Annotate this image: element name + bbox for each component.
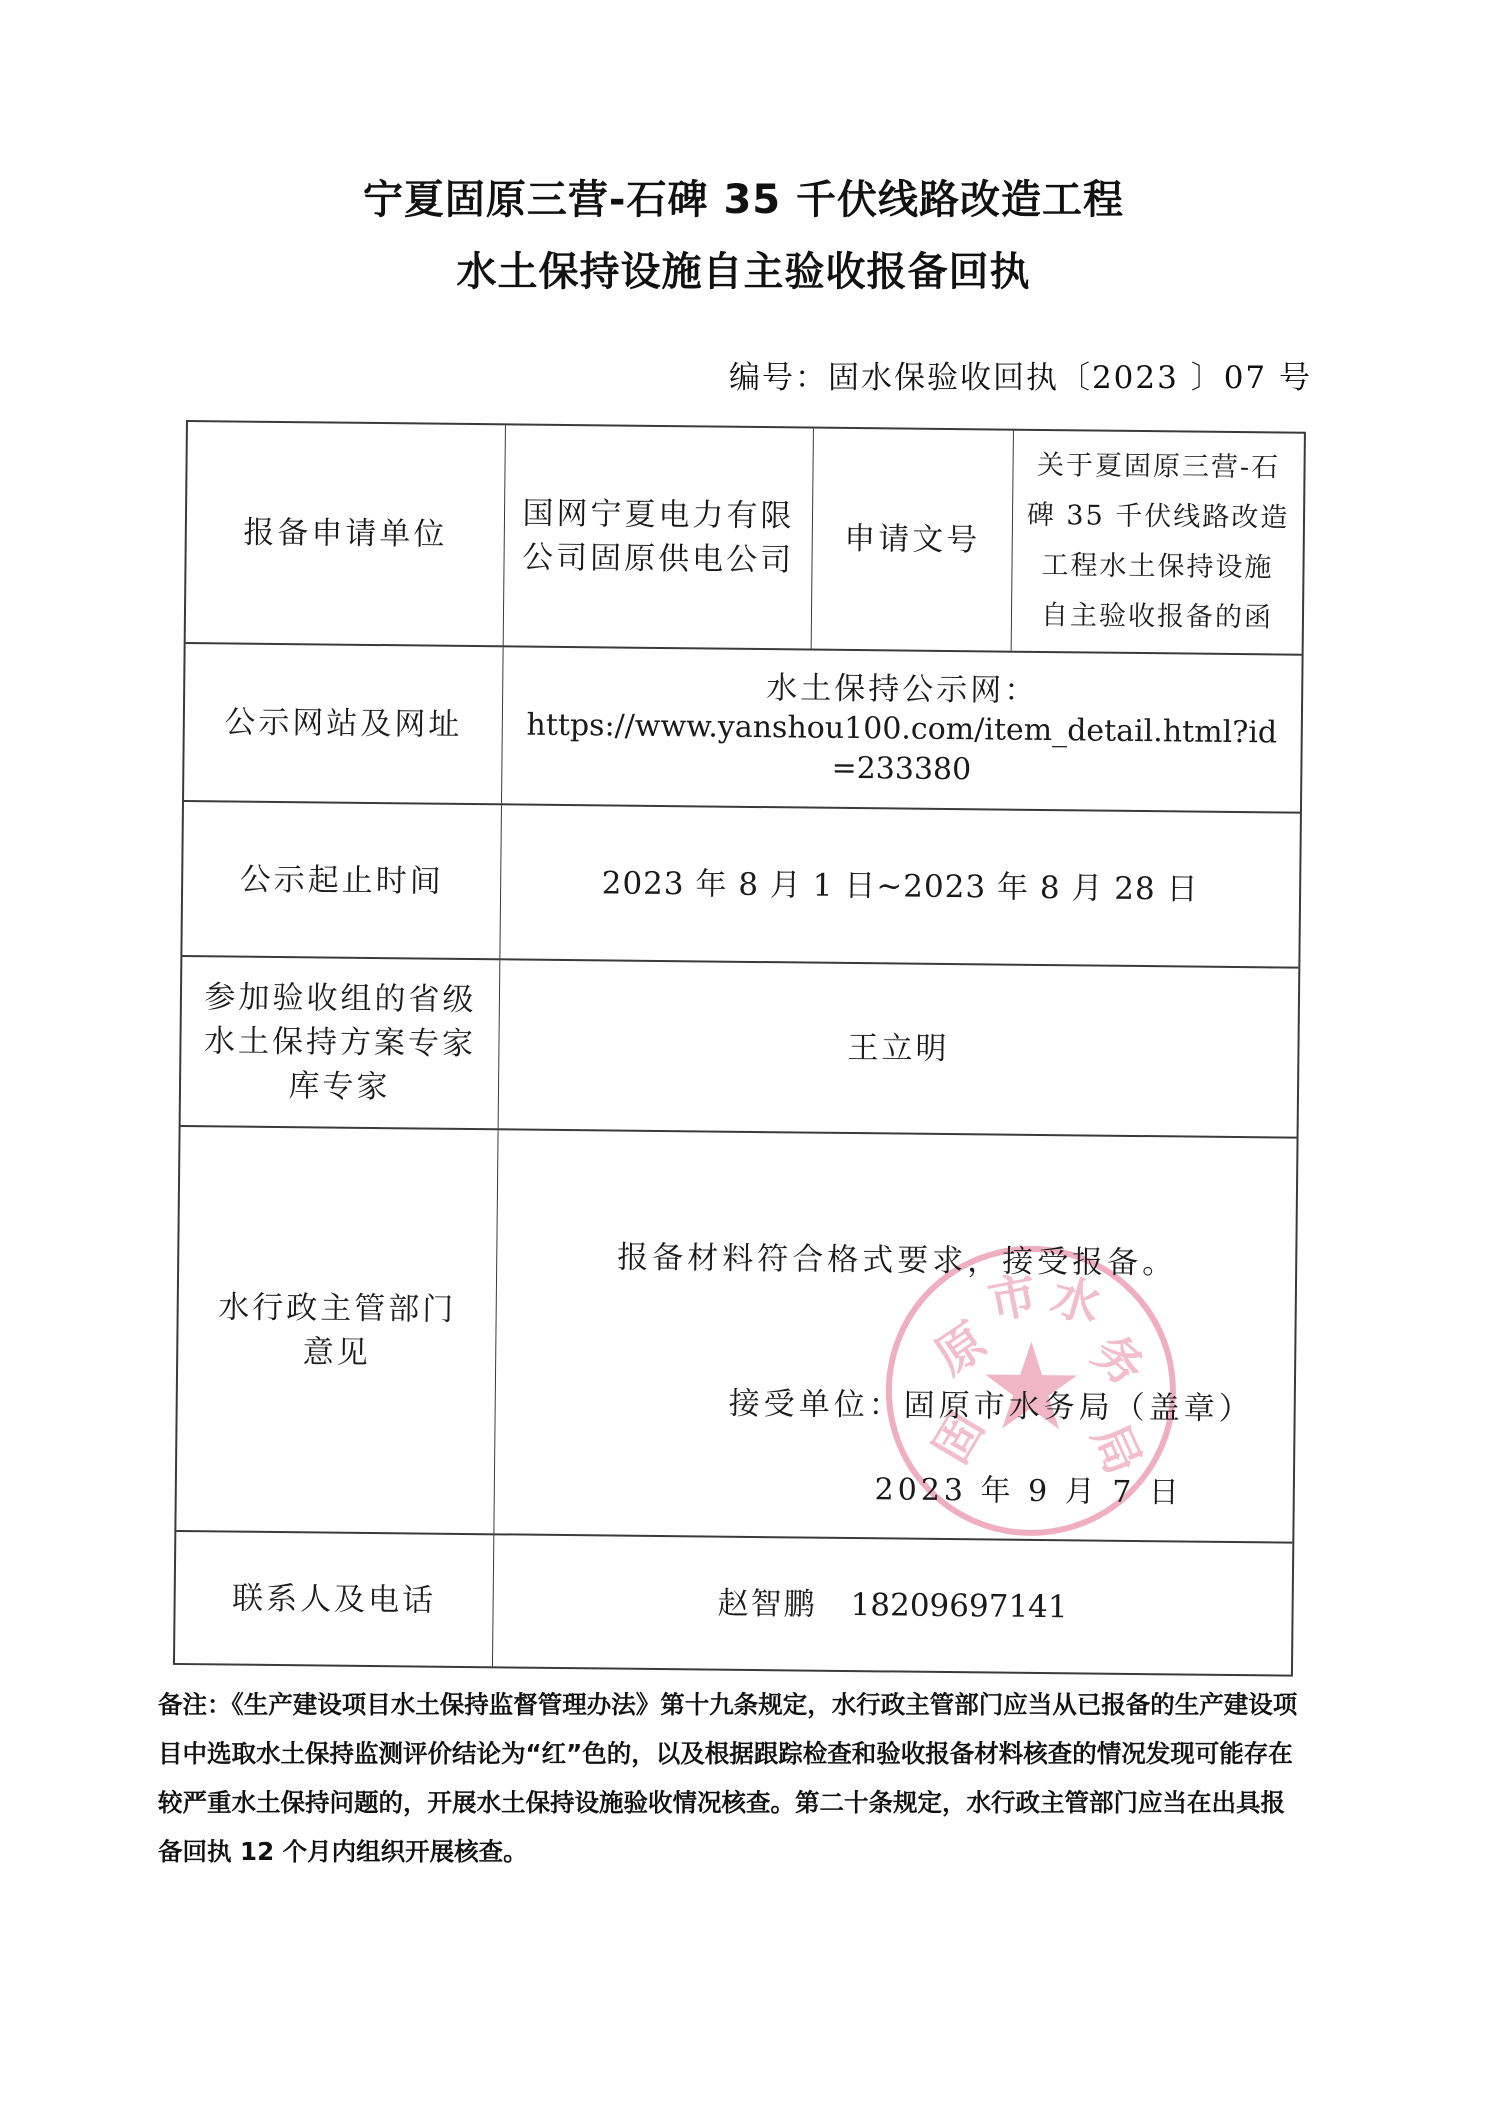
- opinion-date: 2023 年 9 月 7 日: [874, 1464, 1183, 1511]
- expert-label-line: 参加验收组的省级: [204, 975, 476, 1022]
- label-application-doc-no: 申请文号: [812, 429, 1014, 651]
- applicant-line: 国网宁夏电力有限: [522, 492, 794, 539]
- table-row-authority-opinion: 水行政主管部门 意见 固 原 市 水 务 局 ★ 报备材料符合格式要求，接受报备…: [176, 1127, 1296, 1544]
- label-contact: 联系人及电话: [175, 1532, 494, 1666]
- table-row-contact: 联系人及电话 赵智鹏 18209697141: [175, 1532, 1292, 1675]
- opinion-label-line: 意见: [303, 1330, 371, 1375]
- label-website: 公示网站及网址: [184, 644, 504, 803]
- table-row-website: 公示网站及网址 水土保持公示网： https://www.yanshou100.…: [184, 644, 1302, 814]
- value-publicity-period: 2023 年 8 月 1 日~2023 年 8 月 28 日: [500, 805, 1300, 966]
- expert-label-line: 水土保持方案专家: [204, 1019, 476, 1066]
- document-number: 编号：固水保验收回执〔2023 〕07 号: [729, 352, 1312, 397]
- table-row-applicant: 报备申请单位 国网宁夏电力有限 公司固原供电公司 申请文号 关于夏固原三营-石 …: [186, 422, 1304, 656]
- value-authority-opinion: 固 原 市 水 务 局 ★ 报备材料符合格式要求，接受报备。 接受单位：固原市水…: [494, 1130, 1296, 1541]
- table-row-publicity-period: 公示起止时间 2023 年 8 月 1 日~2023 年 8 月 28 日: [182, 802, 1300, 969]
- website-url-link[interactable]: https://www.yanshou100.com/item_detail.h…: [516, 705, 1287, 793]
- doc-line: 工程水土保持设施: [1041, 541, 1274, 593]
- doc-line: 碑 35 千伏线路改造: [1027, 491, 1290, 544]
- table-row-expert: 参加验收组的省级 水土保持方案专家 库专家 王立明: [181, 957, 1299, 1139]
- label-applicant-unit: 报备申请单位: [186, 422, 506, 645]
- opinion-text: 报备材料符合格式要求，接受报备。: [617, 1232, 1177, 1283]
- doc-line: 自主验收报备的函: [1041, 591, 1274, 643]
- label-authority-opinion: 水行政主管部门 意见: [176, 1127, 498, 1533]
- doc-line: 关于夏固原三营-石: [1037, 441, 1281, 494]
- contact-name: 赵智鹏: [717, 1581, 816, 1626]
- value-expert-name: 王立明: [499, 960, 1299, 1136]
- value-application-doc-no: 关于夏固原三营-石 碑 35 千伏线路改造 工程水土保持设施 自主验收报备的函: [1012, 431, 1304, 654]
- value-website: 水土保持公示网： https://www.yanshou100.com/item…: [502, 647, 1302, 811]
- seal-char: 原: [919, 1304, 998, 1388]
- accepting-unit: 接受单位：固原市水务局（盖章）: [729, 1378, 1254, 1428]
- value-applicant-unit: 国网宁夏电力有限 公司固原供电公司: [504, 425, 814, 648]
- filing-receipt-table: 报备申请单位 国网宁夏电力有限 公司固原供电公司 申请文号 关于夏固原三营-石 …: [173, 420, 1306, 1677]
- website-name: 水土保持公示网：: [766, 668, 1038, 711]
- document-title-line1: 宁夏固原三营-石碑 35 千伏线路改造工程: [0, 168, 1487, 225]
- contact-phone: 18209697141: [850, 1583, 1067, 1629]
- label-expert: 参加验收组的省级 水土保持方案专家 库专家: [181, 957, 501, 1128]
- footnote-remarks: 备注：《生产建设项目水土保持监督管理办法》第十九条规定，水行政主管部门应当从已报…: [158, 1680, 1308, 1876]
- document-title-line2: 水土保持设施自主验收报备回执: [0, 240, 1487, 297]
- applicant-line: 公司固原供电公司: [522, 536, 794, 583]
- expert-label-line: 库专家: [288, 1064, 390, 1109]
- label-publicity-period: 公示起止时间: [182, 802, 502, 958]
- value-contact: 赵智鹏 18209697141: [493, 1535, 1292, 1674]
- opinion-label-line: 水行政主管部门: [218, 1285, 456, 1331]
